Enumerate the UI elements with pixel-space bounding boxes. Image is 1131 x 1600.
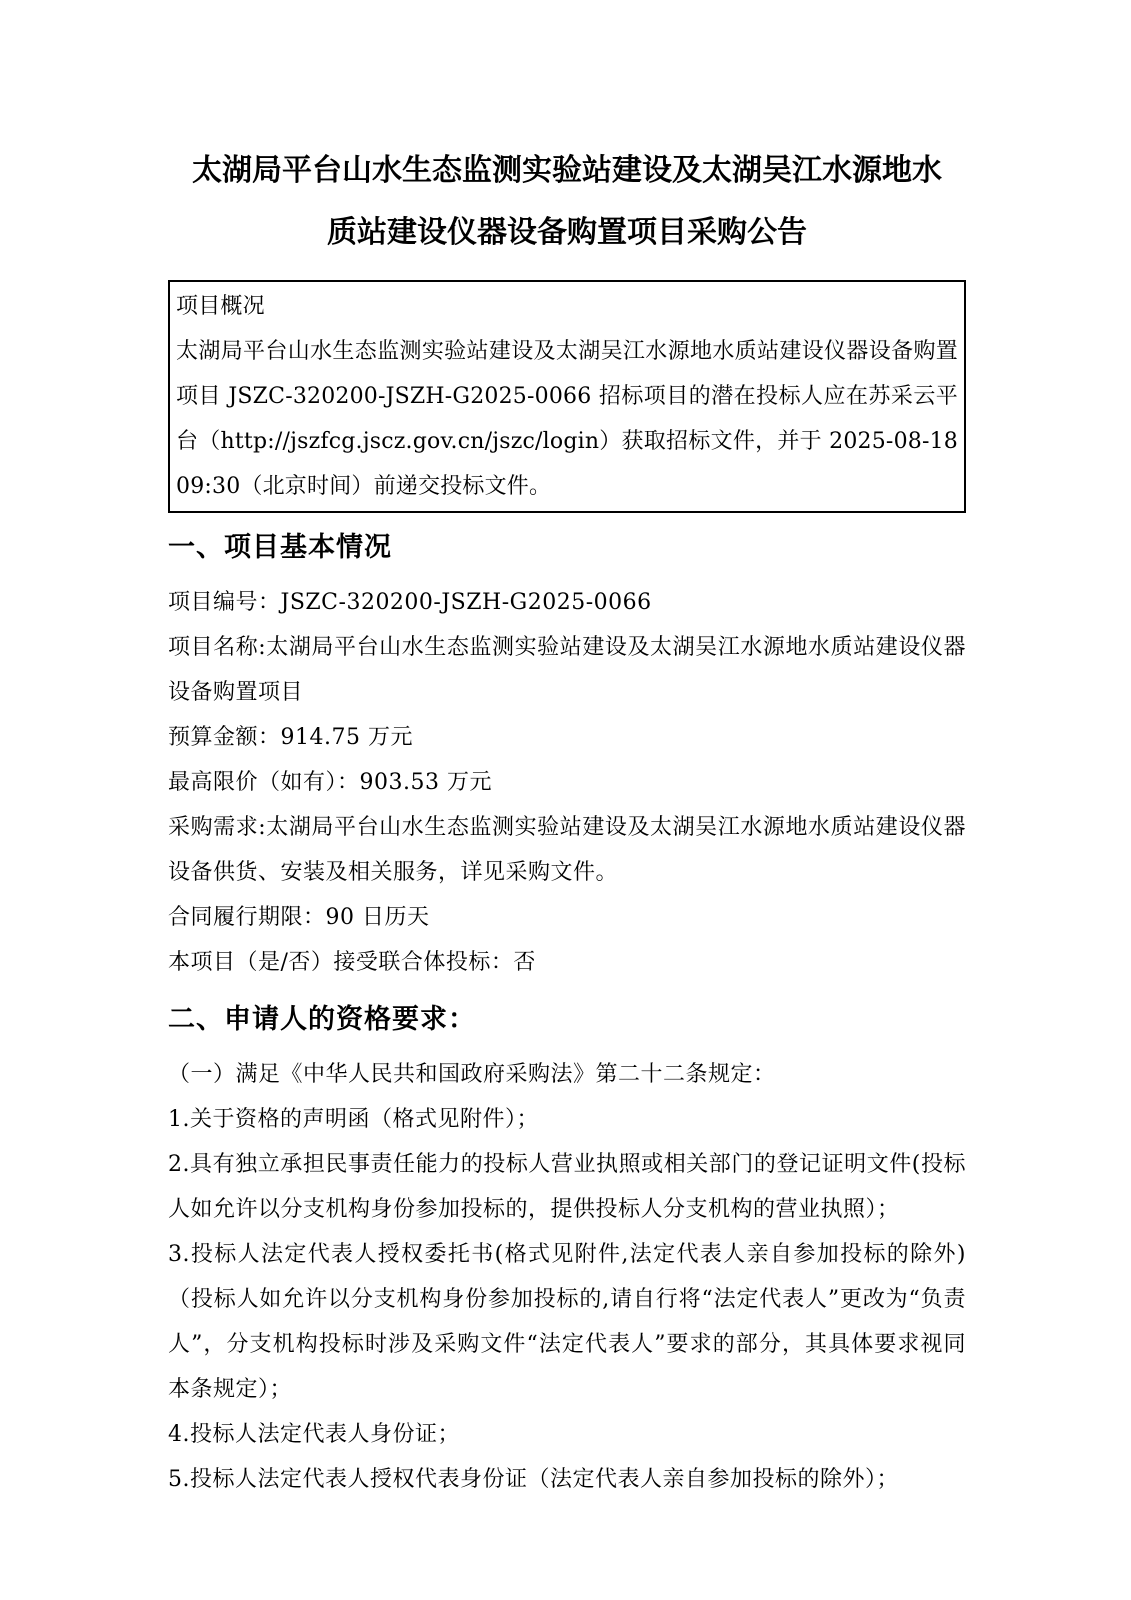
- project-overview-text: 太湖局平台山水生态监测实验站建设及太湖吴江水源地水质站建设仪器设备购置项目 JS…: [176, 329, 958, 509]
- field-consortium-bidding: 本项目（是/否）接受联合体投标：否: [168, 940, 966, 985]
- section2-heading: 二、申请人的资格要求：: [168, 1002, 966, 1038]
- procurement-announcement-page: 太湖局平台山水生态监测实验站建设及太湖吴江水源地水 质站建设仪器设备购置项目采购…: [0, 0, 1131, 1600]
- field-budget-amount: 预算金额：914.75 万元: [168, 715, 966, 760]
- document-title-line2: 质站建设仪器设备购置项目采购公告: [168, 202, 966, 264]
- project-overview-label: 项目概况: [176, 284, 958, 329]
- qualification-item-1: 1.关于资格的声明函（格式见附件）；: [168, 1097, 966, 1142]
- section1-heading: 一、项目基本情况: [168, 530, 966, 566]
- document-title: 太湖局平台山水生态监测实验站建设及太湖吴江水源地水 质站建设仪器设备购置项目采购…: [168, 140, 966, 264]
- document-title-line1: 太湖局平台山水生态监测实验站建设及太湖吴江水源地水: [168, 140, 966, 202]
- qualification-item-4: 4.投标人法定代表人身份证；: [168, 1412, 966, 1457]
- field-project-number: 项目编号：JSZC-320200-JSZH-G2025-0066: [168, 580, 966, 625]
- qualification-item-3: 3.投标人法定代表人授权委托书(格式见附件,法定代表人亲自参加投标的除外)（投标…: [168, 1232, 966, 1412]
- qualification-item-2: 2.具有独立承担民事责任能力的投标人营业执照或相关部门的登记证明文件(投标人如允…: [168, 1142, 966, 1232]
- field-contract-duration: 合同履行期限：90 日历天: [168, 895, 966, 940]
- qualification-intro: （一）满足《中华人民共和国政府采购法》第二十二条规定：: [168, 1052, 966, 1097]
- field-procurement-requirements: 采购需求:太湖局平台山水生态监测实验站建设及太湖吴江水源地水质站建设仪器设备供货…: [168, 805, 966, 895]
- field-project-name: 项目名称:太湖局平台山水生态监测实验站建设及太湖吴江水源地水质站建设仪器设备购置…: [168, 625, 966, 715]
- project-overview-box: 项目概况 太湖局平台山水生态监测实验站建设及太湖吴江水源地水质站建设仪器设备购置…: [168, 280, 966, 513]
- field-max-price: 最高限价（如有）：903.53 万元: [168, 760, 966, 805]
- qualification-item-5: 5.投标人法定代表人授权代表身份证（法定代表人亲自参加投标的除外）；: [168, 1457, 966, 1502]
